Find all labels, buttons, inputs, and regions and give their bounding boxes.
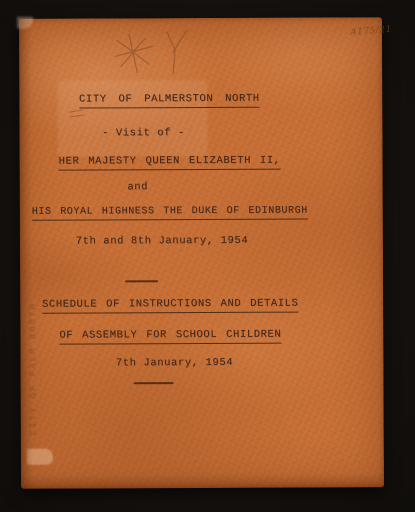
- divider-rule-lower: [134, 382, 174, 384]
- schedule-title-line-1: SCHEDULE OF INSTRUCTIONS AND DETAILS: [20, 297, 320, 310]
- royal-name-queen: HER MAJESTY QUEEN ELIZABETH II,: [20, 154, 320, 167]
- date-line-january-7-8: 7th and 8th January, 1954: [12, 235, 312, 248]
- booklet-cover: A175/21 CITY OF PALM NORTH CITY OF PALME…: [19, 17, 384, 489]
- cover-text-block: CITY OF PALMERSTON NORTH - Visit of - HE…: [19, 17, 321, 488]
- visit-line: - Visit of -: [0, 127, 294, 140]
- schedule-title-line-2: OF ASSEMBLY FOR SCHOOL CHILDREN: [20, 328, 320, 341]
- cover-title: CITY OF PALMERSTON NORTH: [19, 92, 319, 105]
- conjunction-line: and: [0, 181, 288, 194]
- date-line-january-7: 7th January, 1954: [24, 356, 324, 369]
- royal-name-duke: HIS ROYAL HIGHNESS THE DUKE OF EDINBURGH: [20, 205, 320, 217]
- divider-rule-upper: [125, 280, 158, 282]
- scanner-background: A175/21 CITY OF PALM NORTH CITY OF PALME…: [0, 0, 415, 512]
- catalog-number-annotation: A175/21: [331, 23, 412, 39]
